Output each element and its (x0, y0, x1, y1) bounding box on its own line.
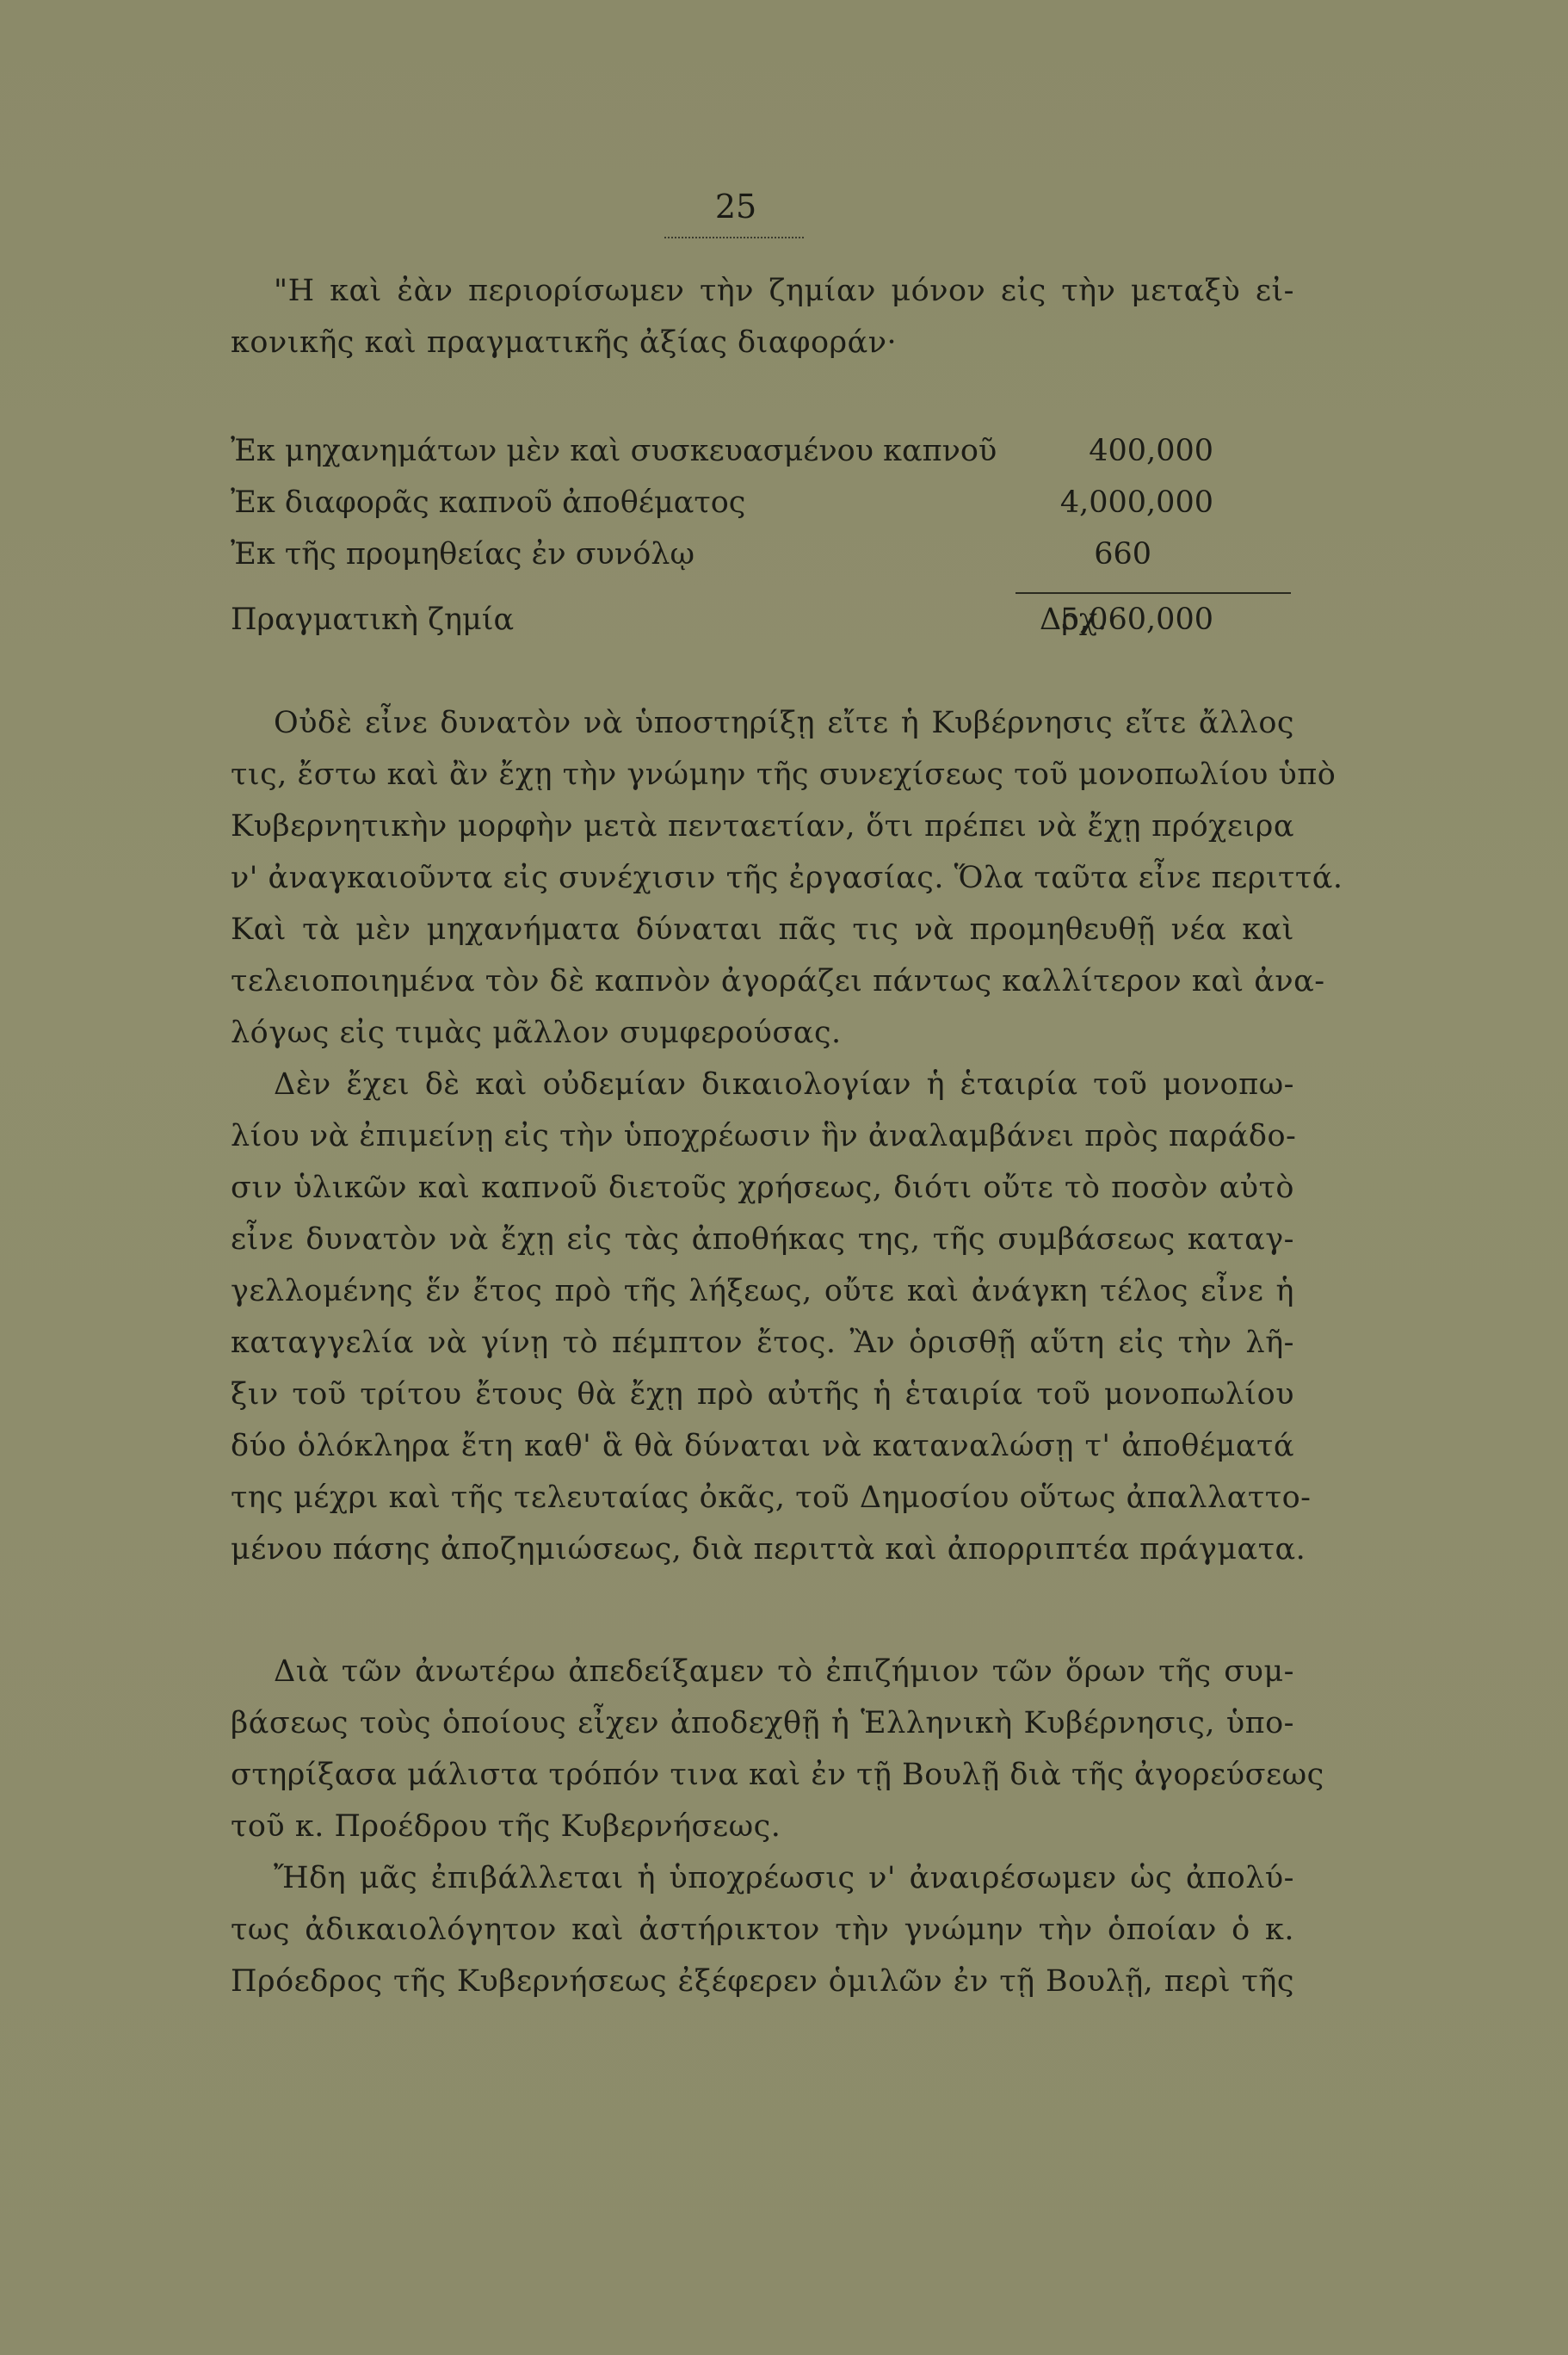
text-line: σιν ὑλικῶν καὶ καπνοῦ διετοῦς χρήσεως, δ… (231, 1162, 1294, 1214)
ledger-label: Ἐκ τῆς προμηθείας ἐν συνόλῳ (231, 528, 694, 580)
text-line: Ἤδη μᾶς ἐπιβάλλεται ἡ ὑποχρέωσις ν' ἀναι… (274, 1852, 1294, 1904)
ledger-row: Ἐκ τῆς προμηθείας ἐν συνόλῳ 660 (231, 528, 1298, 580)
ledger-total-row: Πραγματικὴ ζημία Δρχ. 5,060,000 (231, 594, 1298, 646)
ledger-label: Ἐκ μηχανημάτων μὲν καὶ συσκευασμένου καπ… (231, 425, 997, 477)
ledger-total-label: Πραγματικὴ ζημία (231, 594, 514, 646)
page-number-ornament-rule (664, 237, 804, 242)
text-line: λόγως εἰς τιμὰς μᾶλλον συμφερούσας. (231, 1007, 1294, 1059)
ledger-amount: 660 (1094, 528, 1151, 580)
text-line: εἶνε δυνατὸν νὰ ἔχῃ εἰς τὰς ἀποθήκας της… (231, 1214, 1294, 1265)
text-line: καταγγελία νὰ γίνῃ τὸ πέμπτον ἔτος. Ἂν ὁ… (231, 1317, 1294, 1369)
text-line: βάσεως τοὺς ὁποίους εἶχεν ἀποδεχθῇ ἡ Ἑλλ… (231, 1697, 1294, 1749)
text-line: Διὰ τῶν ἀνωτέρω ἀπεδείξαμεν τὸ ἐπιζήμιον… (274, 1646, 1294, 1697)
ledger-amount: 400,000 (1089, 425, 1213, 477)
text-line: Δὲν ἔχει δὲ καὶ οὐδεμίαν δικαιολογίαν ἡ … (274, 1059, 1294, 1110)
text-line: τελειοποιημένα τὸν δὲ καπνὸν ἀγοράζει πά… (231, 955, 1294, 1007)
text-line: γελλομένης ἕν ἔτος πρὸ τῆς λήξεως, οὔτε … (231, 1265, 1294, 1317)
text-line: μένου πάσης ἀποζημιώσεως, διὰ περιττὰ κα… (231, 1524, 1294, 1575)
text-line: ν' ἀναγκαιοῦντα εἰς συνέχισιν τῆς ἐργασί… (231, 852, 1294, 904)
text-line: τως ἀδικαιολόγητον καὶ ἀστήρικτον τὴν γν… (231, 1904, 1294, 1956)
text-line: κονικῆς καὶ πραγματικῆς ἀξίας διαφοράν· (231, 317, 1294, 368)
text-line: Καὶ τὰ μὲν μηχανήματα δύναται πᾶς τις νὰ… (231, 904, 1294, 955)
text-line: στηρίξασα μάλιστα τρόπόν τινα καὶ ἐν τῇ … (231, 1749, 1294, 1801)
page-number: 25 (0, 188, 1472, 226)
ledger-total-amount: 5,060,000 (1060, 594, 1213, 646)
text-line: τοῦ κ. Προέδρου τῆς Κυβερνήσεως. (231, 1801, 1294, 1852)
ledger-row: Ἐκ διαφορᾶς καπνοῦ ἀποθέματος 4,000,000 (231, 477, 1298, 528)
text-line: της μέχρι καὶ τῆς τελευταίας ὀκᾶς, τοῦ Δ… (231, 1472, 1294, 1524)
ledger-row: Ἐκ μηχανημάτων μὲν καὶ συσκευασμένου καπ… (231, 425, 1298, 477)
ledger-amount: 4,000,000 (1060, 477, 1213, 528)
text-line: Πρόεδρος τῆς Κυβερνήσεως ἐξέφερεν ὁμιλῶν… (231, 1956, 1294, 2007)
text-line: λίου νὰ ἐπιμείνῃ εἰς τὴν ὑποχρέωσιν ἣν ἀ… (231, 1110, 1294, 1162)
text-line: Οὐδὲ εἶνε δυνατὸν νὰ ὑποστηρίξῃ εἴτε ἡ Κ… (274, 697, 1294, 749)
text-line: τις, ἔστω καὶ ἂν ἔχῃ τὴν γνώμην τῆς συνε… (231, 749, 1294, 800)
text-line: ξιν τοῦ τρίτου ἔτους θὰ ἔχῃ πρὸ αὐτῆς ἡ … (231, 1369, 1294, 1420)
ledger-label: Ἐκ διαφορᾶς καπνοῦ ἀποθέματος (231, 477, 745, 528)
text-line: δύο ὁλόκληρα ἔτη καθ' ἃ θὰ δύναται νὰ κα… (231, 1420, 1294, 1472)
text-line: "Η καὶ ἐὰν περιορίσωμεν τὴν ζημίαν μόνον… (274, 265, 1294, 317)
text-line: Κυβερνητικὴν μορφὴν μετὰ πενταετίαν, ὅτι… (231, 800, 1294, 852)
